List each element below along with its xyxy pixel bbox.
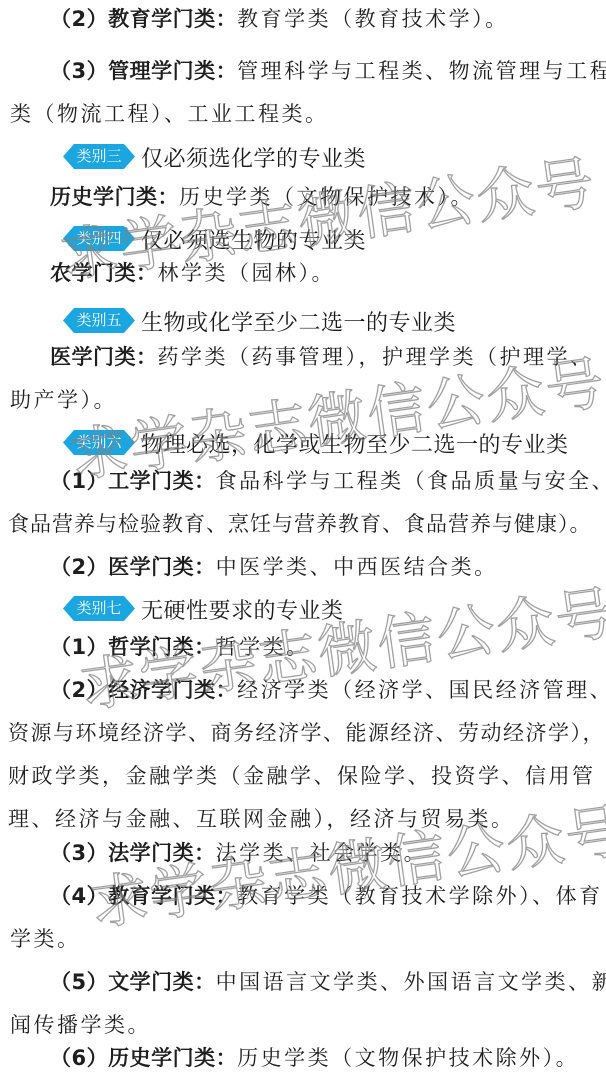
category-label: （3）管理学门类： [50, 59, 237, 83]
category-text: 历史学类（文物保护技术）。 [179, 185, 474, 209]
section-title: 生物或化学至少二选一的专业类 [141, 306, 456, 337]
category-text: 理、经济与金融、互联网金融），经济与贸易类。 [8, 807, 515, 831]
category-text: 助产学）。 [10, 388, 117, 412]
category-text: 财政学类，金融学类（金融学、保险学、投资学、信用管 [8, 764, 596, 788]
category-text: 药学类（药事管理），护理学类（护理学、 [158, 345, 594, 369]
category-label: （5）文学门类： [50, 970, 216, 994]
paragraph-line: 农学门类：林学类（园林）。 [50, 258, 335, 288]
paragraph-line: 医学门类：药学类（药事管理），护理学类（护理学、 [50, 342, 594, 372]
paragraph-line: （6）历史学门类：历史学类（文物保护技术除外）。 [50, 1043, 579, 1073]
paragraph-line: （4）教育学门类：教育学类（教育技术学除外）、体育 [50, 881, 603, 911]
category-text: 经济学类（经济学、国民经济管理、 [237, 678, 606, 702]
category-label: （1）工学门类： [50, 469, 216, 493]
paragraph-line: 闻传播学类。 [10, 1010, 151, 1040]
paragraph-line: （5）文学门类：中国语言文学类、外国语言文学类、新 [50, 967, 606, 997]
paragraph-line: （3）管理学门类：管理科学与工程类、物流管理与工程 [50, 56, 606, 86]
category-label: 历史学门类： [50, 185, 179, 209]
category-badge: 类别四 [63, 226, 135, 251]
section-title: 仅必须选生物的专业类 [141, 224, 366, 255]
paragraph-line: 理、经济与金融、互联网金融），经济与贸易类。 [8, 804, 515, 834]
paragraph-line: 食品营养与检验教育、烹饪与营养教育、食品营养与健康）。 [8, 509, 592, 539]
category-label: 医学门类： [50, 345, 158, 369]
category-text: 食品营养与检验教育、烹饪与营养教育、食品营养与健康）。 [8, 512, 592, 536]
category-text: 中医学类、中西医结合类。 [216, 555, 498, 579]
paragraph-line: （2）经济学门类：经济学类（经济学、国民经济管理、 [50, 675, 606, 705]
section-title: 仅必须选化学的专业类 [141, 142, 366, 173]
paragraph-line: 助产学）。 [10, 385, 117, 415]
paragraph-line: 历史学门类：历史学类（文物保护技术）。 [50, 182, 474, 212]
category-text: 法学类、社会学类。 [216, 841, 428, 865]
category-label: （1）哲学门类： [50, 635, 216, 659]
section-title: 无硬性要求的专业类 [141, 594, 344, 625]
paragraph-line: 资源与环境经济学、商务经济学、能源经济、劳动经济学）， [8, 718, 605, 748]
category-text: 闻传播学类。 [10, 1013, 151, 1037]
category-text: 历史学类（文物保护技术除外）。 [237, 1046, 579, 1070]
category-badge: 类别五 [63, 308, 135, 333]
paragraph-line: 财政学类，金融学类（金融学、保险学、投资学、信用管 [8, 761, 596, 791]
category-text: 类（物流工程）、工业工程类。 [10, 102, 329, 126]
paragraph-line: （2）医学门类：中医学类、中西医结合类。 [50, 552, 498, 582]
category-badge: 类别六 [63, 430, 135, 455]
paragraph-line: （3）法学门类：法学类、社会学类。 [50, 838, 427, 868]
category-text: 中国语言文学类、外国语言文学类、新 [216, 970, 606, 994]
category-text: 林学类（园林）。 [158, 261, 336, 285]
category-text: 管理科学与工程类、物流管理与工程 [237, 59, 606, 83]
paragraph-line: 类（物流工程）、工业工程类。 [10, 99, 329, 129]
category-text: 食品科学与工程类（食品质量与安全、 [216, 469, 606, 493]
category-label: （3）法学门类： [50, 841, 216, 865]
paragraph-line: （2）教育学门类：教育学类（教育技术学）。 [50, 4, 509, 34]
category-text: 教育学类（教育技术学）。 [237, 7, 509, 31]
category-text: 哲学类。 [216, 635, 310, 659]
section-title: 物理必选，化学或生物至少二选一的专业类 [141, 428, 569, 459]
category-text: 资源与环境经济学、商务经济学、能源经济、劳动经济学）， [8, 721, 605, 745]
category-label: （2）医学门类： [50, 555, 216, 579]
category-text: 学类。 [10, 927, 81, 951]
paragraph-line: 学类。 [10, 924, 81, 954]
category-badge: 类别七 [63, 596, 135, 621]
paragraph-line: （1）工学门类：食品科学与工程类（食品质量与安全、 [50, 466, 606, 496]
category-text: 教育学类（教育技术学除外）、体育 [237, 884, 603, 908]
category-label: （2）教育学门类： [50, 7, 237, 31]
category-badge: 类别三 [63, 144, 135, 169]
category-label: （4）教育学门类： [50, 884, 237, 908]
category-label: 农学门类： [50, 261, 158, 285]
paragraph-line: （1）哲学门类：哲学类。 [50, 632, 310, 662]
category-label: （6）历史学门类： [50, 1046, 237, 1070]
category-label: （2）经济学门类： [50, 678, 237, 702]
